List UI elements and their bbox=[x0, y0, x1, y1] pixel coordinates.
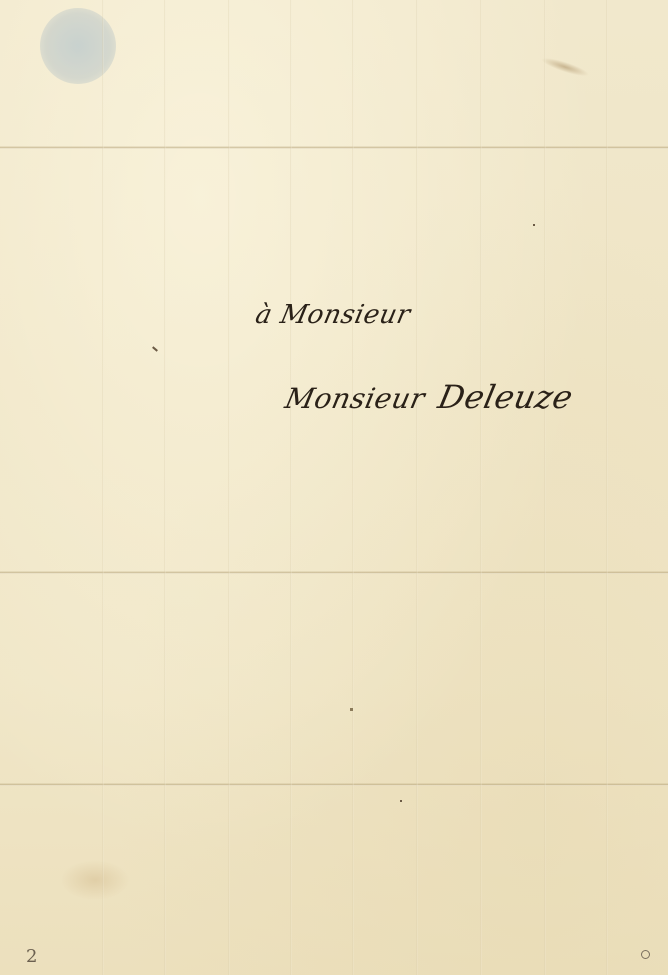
corner-mark-bottom-right bbox=[641, 950, 650, 959]
brown-smudge bbox=[540, 55, 591, 80]
paper-line bbox=[290, 0, 292, 975]
paper-line bbox=[544, 0, 546, 975]
paper-line bbox=[606, 0, 608, 975]
paper-line bbox=[228, 0, 230, 975]
address-line-1: à Monsieur bbox=[253, 300, 413, 330]
paper-line bbox=[416, 0, 418, 975]
brown-stain bbox=[60, 860, 130, 900]
ink-speck bbox=[400, 800, 402, 802]
fold-line-top bbox=[0, 146, 668, 149]
recipient-name: Deleuze bbox=[435, 378, 577, 416]
letter-page: à Monsieur MonsieurDeleuze 2 bbox=[0, 0, 668, 975]
fold-line-middle bbox=[0, 571, 668, 574]
paper-line bbox=[352, 0, 354, 975]
address-title: Monsieur bbox=[282, 382, 428, 415]
blue-stain bbox=[40, 8, 116, 84]
ink-speck bbox=[533, 224, 535, 226]
paper-line bbox=[102, 0, 104, 975]
address-line-2: MonsieurDeleuze bbox=[282, 378, 577, 416]
ink-speck bbox=[350, 708, 353, 711]
fold-line-lower bbox=[0, 783, 668, 786]
paper-line bbox=[480, 0, 482, 975]
ink-speck bbox=[152, 346, 158, 351]
corner-mark-bottom-left: 2 bbox=[26, 946, 37, 967]
paper-line bbox=[164, 0, 166, 975]
